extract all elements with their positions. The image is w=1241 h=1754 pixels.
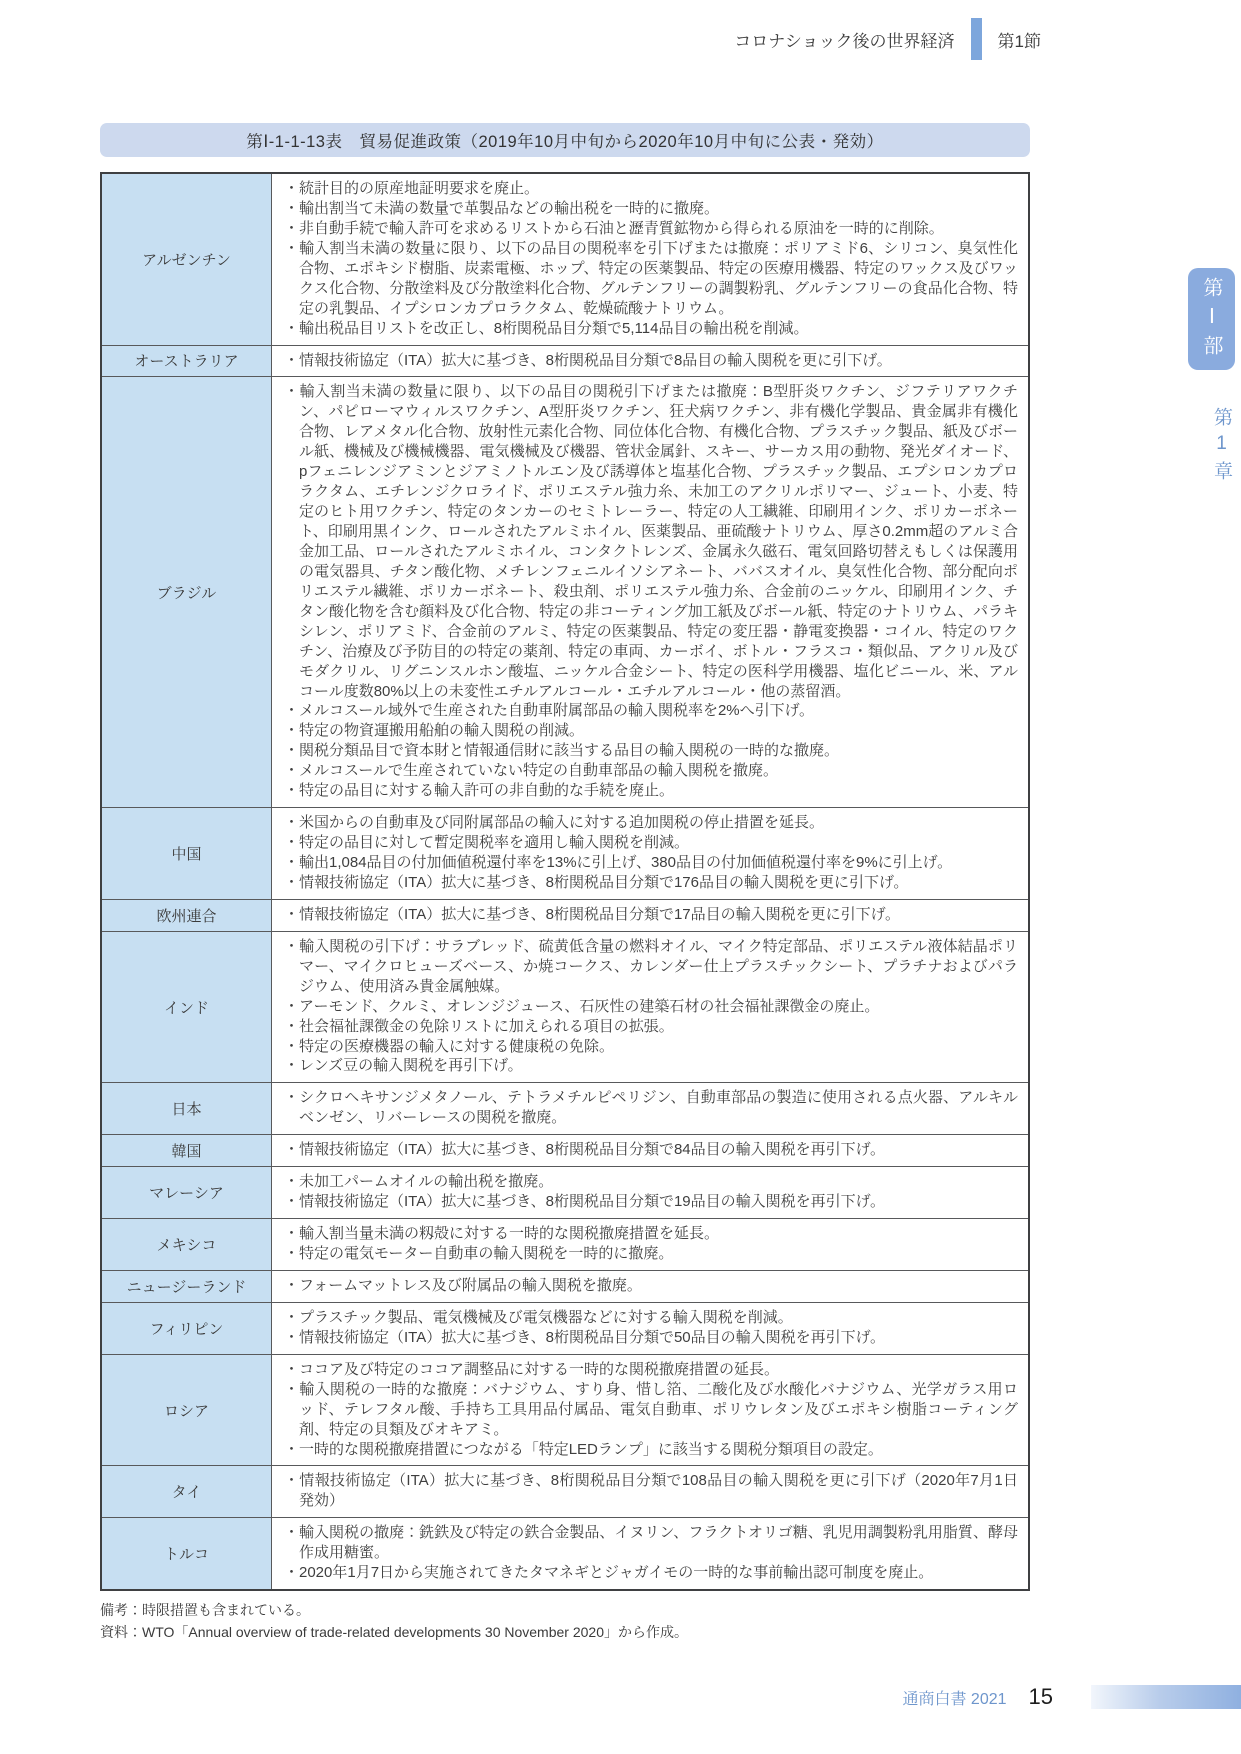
policy-item: ・輸入関税の引下げ：サラブレッド、硫黄低含量の燃料オイル、マイク特定部品、ポリエ… xyxy=(284,937,1018,997)
policy-item: ・輸入割当量未満の籾殻に対する一時的な関税撤廃措置を延長。 xyxy=(284,1224,1018,1244)
note-remark: 備考：時限措置も含まれている。 xyxy=(100,1600,1030,1622)
policy-item: ・非自動手続で輸入許可を求めるリストから石油と瀝青質鉱物から得られる原油を一時的… xyxy=(284,219,1018,239)
document-page: コロナショック後の世界経済 第1節 第Ⅰ-1-1-13表 貿易促進政策（2019… xyxy=(0,0,1241,1754)
policy-item: ・輸入割当未満の数量に限り、以下の品目の関税引下げまたは撤廃：B型肝炎ワクチン、… xyxy=(284,382,1018,701)
main-content: 第Ⅰ-1-1-13表 貿易促進政策（2019年10月中旬から2020年10月中旬… xyxy=(100,123,1030,1644)
policy-item: ・メルコスールで生産されていない特定の自動車部品の輸入関税を撤廃。 xyxy=(284,761,1018,781)
policy-list: ・輸入関税の撤廃：銑鉄及び特定の鉄合金製品、イヌリン、フラクトオリゴ糖、乳児用調… xyxy=(272,1518,1028,1589)
policy-item: ・フォームマットレス及び附属品の輸入関税を撤廃。 xyxy=(284,1276,1018,1296)
policy-list: ・輸入割当量未満の籾殻に対する一時的な関税撤廃措置を延長。・特定の電気モーター自… xyxy=(272,1219,1028,1270)
country-cell: ロシア xyxy=(102,1355,272,1466)
page-header: コロナショック後の世界経済 第1節 xyxy=(734,18,1241,60)
country-cell: ブラジル xyxy=(102,377,272,807)
policy-item: ・輸出税品目リストを改正し、8桁関税品目分類で5,114品目の輸出税を削減。 xyxy=(284,319,1018,339)
table-row: トルコ ・輸入関税の撤廃：銑鉄及び特定の鉄合金製品、イヌリン、フラクトオリゴ糖、… xyxy=(102,1517,1028,1589)
table-row: オーストラリア ・情報技術協定（ITA）拡大に基づき、8桁関税品目分類で8品目の… xyxy=(102,345,1028,377)
header-section-title: コロナショック後の世界経済 xyxy=(734,27,954,52)
policy-item: ・輸入関税の一時的な撤廃：バナジウム、すり身、惜し箔、二酸化及び水酸化バナジウム… xyxy=(284,1380,1018,1440)
table-row: 韓国 ・情報技術協定（ITA）拡大に基づき、8桁関税品目分類で84品目の輸入関税… xyxy=(102,1134,1028,1166)
country-cell: 韓国 xyxy=(102,1135,272,1166)
policy-item: ・未加工パームオイルの輸出税を撤廃。 xyxy=(284,1172,1018,1192)
country-cell: マレーシア xyxy=(102,1167,272,1218)
policy-item: ・社会福祉課徴金の免除リストに加えられる項目の拡張。 xyxy=(284,1017,1018,1037)
policy-item: ・アーモンド、クルミ、オレンジジュース、石灰性の建築石材の社会福祉課徴金の廃止。 xyxy=(284,997,1018,1017)
country-cell: ニュージーランド xyxy=(102,1271,272,1302)
policy-item: ・輸入関税の撤廃：銑鉄及び特定の鉄合金製品、イヌリン、フラクトオリゴ糖、乳児用調… xyxy=(284,1523,1018,1563)
policy-item: ・ココア及び特定のココア調整品に対する一時的な関税撤廃措置の延長。 xyxy=(284,1360,1018,1380)
policy-list: ・ココア及び特定のココア調整品に対する一時的な関税撤廃措置の延長。・輸入関税の一… xyxy=(272,1355,1028,1466)
policy-item: ・特定の物資運搬用船舶の輸入関税の削減。 xyxy=(284,721,1018,741)
policy-list: ・輸入関税の引下げ：サラブレッド、硫黄低含量の燃料オイル、マイク特定部品、ポリエ… xyxy=(272,932,1028,1083)
country-cell: インド xyxy=(102,932,272,1083)
note-source: 資料：WTO「Annual overview of trade-related … xyxy=(100,1622,1030,1644)
policy-item: ・米国からの自動車及び同附属部品の輸入に対する追加関税の停止措置を延長。 xyxy=(284,813,1018,833)
chapter-label: 第1章 xyxy=(1188,392,1235,502)
policy-list: ・輸入割当未満の数量に限り、以下の品目の関税引下げまたは撤廃：B型肝炎ワクチン、… xyxy=(272,377,1028,807)
footer-page-number: 15 xyxy=(1029,1684,1053,1710)
table-notes: 備考：時限措置も含まれている。 資料：WTO「Annual overview o… xyxy=(100,1600,1030,1643)
policy-list: ・未加工パームオイルの輸出税を撤廃。・情報技術協定（ITA）拡大に基づき、8桁関… xyxy=(272,1167,1028,1218)
table-row: ロシア ・ココア及び特定のココア調整品に対する一時的な関税撤廃措置の延長。・輸入… xyxy=(102,1354,1028,1466)
policy-table: アルゼンチン ・統計目的の原産地証明要求を廃止。・輸出割当て未満の数量で革製品な… xyxy=(100,172,1030,1591)
policy-item: ・レンズ豆の輸入関税を再引下げ。 xyxy=(284,1056,1018,1076)
part-badge: 第Ⅰ部 xyxy=(1188,268,1235,370)
policy-list: ・フォームマットレス及び附属品の輸入関税を撤廃。 xyxy=(272,1271,1028,1302)
policy-item: ・2020年1月7日から実施されてきたタマネギとジャガイモの一時的な事前輸出認可… xyxy=(284,1563,1018,1583)
table-row: 中国 ・米国からの自動車及び同附属部品の輸入に対する追加関税の停止措置を延長。・… xyxy=(102,807,1028,899)
country-cell: タイ xyxy=(102,1466,272,1517)
country-cell: アルゼンチン xyxy=(102,174,272,345)
policy-item: ・情報技術協定（ITA）拡大に基づき、8桁関税品目分類で17品目の輸入関税を更に… xyxy=(284,905,1018,925)
policy-item: ・輸入割当未満の数量に限り、以下の品目の関税率を引下げまたは撤廃：ポリアミド6、… xyxy=(284,239,1018,319)
policy-item: ・情報技術協定（ITA）拡大に基づき、8桁関税品目分類で19品目の輸入関税を再引… xyxy=(284,1192,1018,1212)
table-row: アルゼンチン ・統計目的の原産地証明要求を廃止。・輸出割当て未満の数量で革製品な… xyxy=(102,174,1028,345)
policy-item: ・特定の品目に対する輸入許可の非自動的な手続を廃止。 xyxy=(284,781,1018,801)
country-cell: トルコ xyxy=(102,1518,272,1589)
policy-item: ・情報技術協定（ITA）拡大に基づき、8桁関税品目分類で8品目の輸入関税を更に引… xyxy=(284,351,1018,371)
policy-item: ・情報技術協定（ITA）拡大に基づき、8桁関税品目分類で50品目の輸入関税を再引… xyxy=(284,1328,1018,1348)
policy-list: ・情報技術協定（ITA）拡大に基づき、8桁関税品目分類で84品目の輸入関税を再引… xyxy=(272,1135,1028,1166)
footer-accent-bar xyxy=(1091,1685,1241,1709)
policy-item: ・プラスチック製品、電気機械及び電気機器などに対する輸入関税を削減。 xyxy=(284,1308,1018,1328)
policy-list: ・情報技術協定（ITA）拡大に基づき、8桁関税品目分類で17品目の輸入関税を更に… xyxy=(272,900,1028,931)
policy-table-body: アルゼンチン ・統計目的の原産地証明要求を廃止。・輸出割当て未満の数量で革製品な… xyxy=(102,174,1028,1589)
policy-item: ・関税分類品目で資本財と情報通信財に該当する品目の輸入関税の一時的な撤廃。 xyxy=(284,741,1018,761)
country-cell: オーストラリア xyxy=(102,346,272,377)
policy-list: ・情報技術協定（ITA）拡大に基づき、8桁関税品目分類で8品目の輸入関税を更に引… xyxy=(272,346,1028,377)
country-cell: 中国 xyxy=(102,808,272,899)
policy-list: ・プラスチック製品、電気機械及び電気機器などに対する輸入関税を削減。・情報技術協… xyxy=(272,1303,1028,1354)
footer-publication: 通商白書 2021 xyxy=(902,1686,1006,1709)
header-section-number: 第1節 xyxy=(998,27,1041,52)
policy-item: ・一時的な関税撤廃措置につながる「特定LEDランプ」に該当する関税分類項目の設定… xyxy=(284,1440,1018,1460)
section-divider-bar xyxy=(971,18,982,60)
policy-item: ・輸出1,084品目の付加価値税還付率を13%に引上げ、380品目の付加価値税還… xyxy=(284,853,1018,873)
table-row: タイ ・情報技術協定（ITA）拡大に基づき、8桁関税品目分類で108品目の輸入関… xyxy=(102,1465,1028,1517)
policy-item: ・統計目的の原産地証明要求を廃止。 xyxy=(284,179,1018,199)
policy-item: ・特定の電気モーター自動車の輸入関税を一時的に撤廃。 xyxy=(284,1244,1018,1264)
policy-list: ・シクロヘキサンジメタノール、テトラメチルピペリジン、自動車部品の製造に使用され… xyxy=(272,1083,1028,1134)
country-cell: 欧州連合 xyxy=(102,900,272,931)
policy-item: ・情報技術協定（ITA）拡大に基づき、8桁関税品目分類で108品目の輸入関税を更… xyxy=(284,1471,1018,1511)
page-footer: 通商白書 2021 15 xyxy=(0,1684,1241,1710)
policy-list: ・情報技術協定（ITA）拡大に基づき、8桁関税品目分類で108品目の輸入関税を更… xyxy=(272,1466,1028,1517)
policy-item: ・輸出割当て未満の数量で革製品などの輸出税を一時的に撤廃。 xyxy=(284,199,1018,219)
table-row: 日本 ・シクロヘキサンジメタノール、テトラメチルピペリジン、自動車部品の製造に使… xyxy=(102,1082,1028,1134)
country-cell: フィリピン xyxy=(102,1303,272,1354)
table-row: メキシコ ・輸入割当量未満の籾殻に対する一時的な関税撤廃措置を延長。・特定の電気… xyxy=(102,1218,1028,1270)
country-cell: メキシコ xyxy=(102,1219,272,1270)
table-row: ニュージーランド ・フォームマットレス及び附属品の輸入関税を撤廃。 xyxy=(102,1270,1028,1302)
country-cell: 日本 xyxy=(102,1083,272,1134)
table-title: 第Ⅰ-1-1-13表 貿易促進政策（2019年10月中旬から2020年10月中旬… xyxy=(100,123,1030,157)
table-row: ブラジル ・輸入割当未満の数量に限り、以下の品目の関税引下げまたは撤廃：B型肝炎… xyxy=(102,376,1028,807)
table-row: マレーシア ・未加工パームオイルの輸出税を撤廃。・情報技術協定（ITA）拡大に基… xyxy=(102,1166,1028,1218)
policy-list: ・統計目的の原産地証明要求を廃止。・輸出割当て未満の数量で革製品などの輸出税を一… xyxy=(272,174,1028,345)
policy-item: ・メルコスール域外で生産された自動車附属部品の輸入関税率を2%へ引下げ。 xyxy=(284,701,1018,721)
policy-item: ・情報技術協定（ITA）拡大に基づき、8桁関税品目分類で84品目の輸入関税を再引… xyxy=(284,1140,1018,1160)
policy-item: ・情報技術協定（ITA）拡大に基づき、8桁関税品目分類で176品目の輸入関税を更… xyxy=(284,873,1018,893)
table-row: インド ・輸入関税の引下げ：サラブレッド、硫黄低含量の燃料オイル、マイク特定部品… xyxy=(102,931,1028,1083)
table-row: フィリピン ・プラスチック製品、電気機械及び電気機器などに対する輸入関税を削減。… xyxy=(102,1302,1028,1354)
policy-item: ・特定の品目に対して暫定関税率を適用し輸入関税を削減。 xyxy=(284,833,1018,853)
policy-item: ・シクロヘキサンジメタノール、テトラメチルピペリジン、自動車部品の製造に使用され… xyxy=(284,1088,1018,1128)
policy-item: ・特定の医療機器の輸入に対する健康税の免除。 xyxy=(284,1037,1018,1057)
policy-list: ・米国からの自動車及び同附属部品の輸入に対する追加関税の停止措置を延長。・特定の… xyxy=(272,808,1028,899)
table-row: 欧州連合 ・情報技術協定（ITA）拡大に基づき、8桁関税品目分類で17品目の輸入… xyxy=(102,899,1028,931)
